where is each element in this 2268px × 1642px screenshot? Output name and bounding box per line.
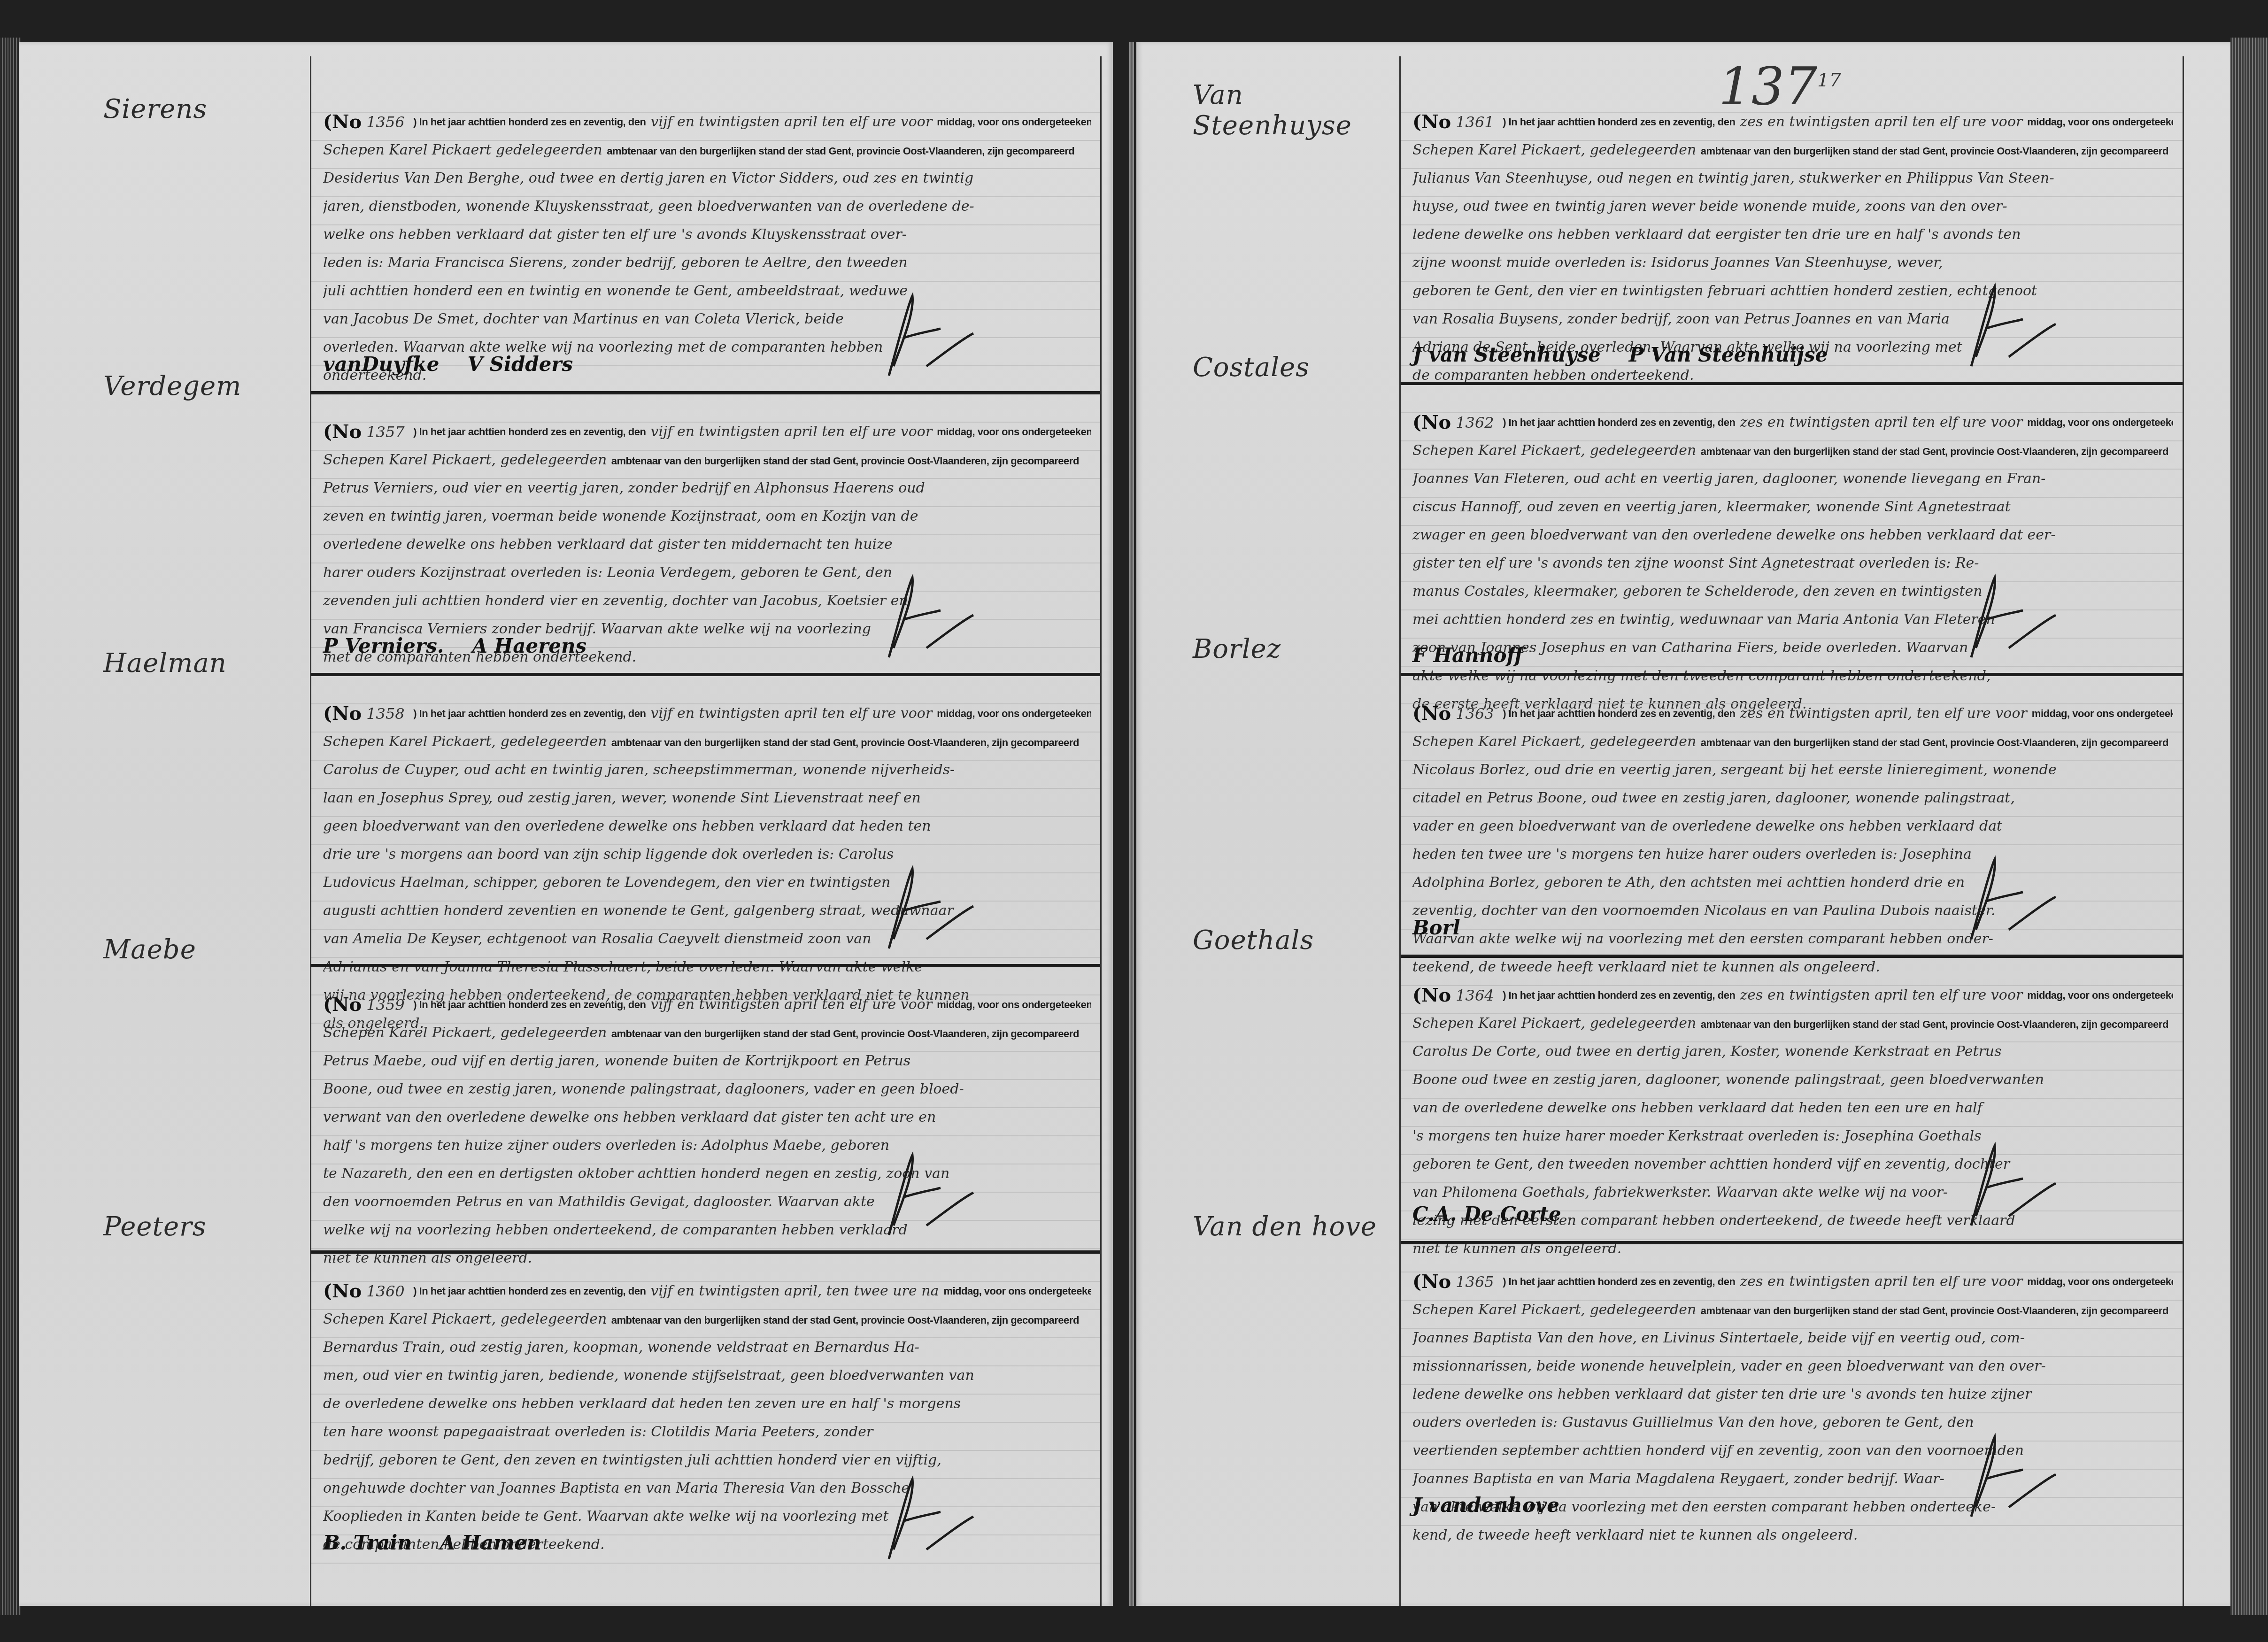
officer-text: Schepen Karel Pickaert, gedelegeerden [323, 452, 607, 468]
death-entry: (No 1359 ) In het jaar achttien honderd … [311, 967, 1100, 1254]
margin-name: Haelman [103, 648, 227, 678]
entry-line: men, oud vier en twintig jaren, bediende… [323, 1362, 1091, 1390]
entry-line: Joannes Baptista Van den hove, en Livinu… [1412, 1324, 2173, 1352]
entry-date: vijf en twintigsten april ten elf ure vo… [650, 991, 932, 1019]
entry-no-label: (No [323, 1277, 362, 1305]
entry-line: Boone oud twee en zestig jaren, dagloone… [1412, 1066, 2173, 1094]
officer-signature-icon [870, 286, 978, 380]
entry-line: Desiderius Van Den Berghe, oud twee en d… [323, 164, 1091, 193]
entry-line: de overledene dewelke ons hebben verklaa… [323, 1390, 1091, 1418]
witness-signature: Borl [1412, 916, 1460, 939]
margin-name: Goethals [1193, 925, 1314, 956]
entry-line: citadel en Petrus Boone, oud twee en zes… [1412, 784, 2173, 812]
entry-number: 1363 [1456, 700, 1498, 728]
entry-line: overledene dewelke ons hebben verklaard … [323, 531, 1091, 559]
entry-line: welke ons hebben verklaard dat gister te… [323, 221, 1091, 249]
printed-text: middag, voor ons ondergeteekenden [2027, 1268, 2173, 1296]
witness-signature: B. Train [323, 1531, 412, 1554]
printed-text: ambtenaar van den burgerlijken stand der… [1701, 446, 2168, 457]
left-margin-names: Sierens Verdegem Haelman Maebe Peeters [19, 42, 282, 1606]
printed-text: middag, voor ons ondergeteekenden [943, 1277, 1091, 1305]
entry-line: geen bloedverwant van den overledene dew… [323, 812, 1091, 840]
printed-text: ambtenaar van den burgerlijken stand der… [1701, 1018, 2168, 1030]
entry-date: vijf en twintigsten april ten elf ure vo… [650, 108, 932, 136]
entry-line: huyse, oud twee en twintig jaren wever b… [1412, 193, 2173, 221]
printed-text: ) In het jaar achttien honderd zes en ze… [1503, 981, 1735, 1010]
right-entries-column: (No 1361 ) In het jaar achttien honderd … [1399, 56, 2184, 1606]
witness-signature: C.A. De Corte [1412, 1203, 1561, 1226]
entry-divider [311, 1250, 1100, 1254]
printed-text: middag, voor ons ondergeteekenden [937, 700, 1091, 728]
entry-line: verwant van den overledene dewelke ons h… [323, 1103, 1091, 1132]
death-entry: (No 1363 ) In het jaar achttien honderd … [1401, 676, 2183, 958]
entry-line: Petrus Verniers, oud vier en veertig jar… [323, 474, 1091, 502]
death-entry: (No 1365 ) In het jaar achttien honderd … [1401, 1244, 2183, 1535]
entry-number: 1357 [366, 418, 409, 446]
entry-line: Carolus de Cuyper, oud acht en twintig j… [323, 756, 1091, 784]
left-page: Sierens Verdegem Haelman Maebe Peeters (… [19, 42, 1113, 1606]
officer-text: Schepen Karel Pickaert, gedelegeerden [1412, 1302, 1696, 1318]
entry-date: vijf en twintigsten april ten elf ure vo… [650, 418, 932, 446]
right-page-edges [2230, 38, 2268, 1615]
officer-text: Schepen Karel Pickaert, gedelegeerden [1412, 733, 1696, 750]
witness-signature: V Sidders [467, 353, 573, 376]
entry-line: zijne woonst muide overleden is: Isidoru… [1412, 249, 2173, 277]
officer-signature-icon [870, 859, 978, 953]
entry-line: missionnarissen, beide wonende heuvelple… [1412, 1352, 2173, 1380]
entry-no-label: (No [1412, 700, 1451, 728]
officer-text: Schepen Karel Pickaert gedelegeerden [323, 142, 602, 158]
entry-divider [1401, 1241, 2183, 1244]
entry-number: 1360 [366, 1277, 409, 1305]
printed-text: middag, voor ons ondergeteekenden [937, 991, 1091, 1019]
printed-text: ambtenaar van den burgerlijken stand der… [1701, 1305, 2168, 1317]
witness-signature: J van Steenhuyse [1412, 343, 1601, 366]
entry-number: 1361 [1456, 108, 1498, 136]
printed-text: ambtenaar van den burgerlijken stand der… [611, 455, 1079, 467]
printed-text: middag, voor ons ondergeteekenden [2032, 700, 2173, 728]
entry-line: Petrus Maebe, oud vijf en dertig jaren, … [323, 1047, 1091, 1075]
entry-divider [311, 391, 1100, 394]
entry-date: zes en twintigsten april ten elf ure voo… [1740, 1268, 2022, 1296]
margin-name: Maebe [103, 934, 196, 965]
margin-name: Borlez [1193, 634, 1281, 664]
entry-line: laan en Josephus Sprey, oud zestig jaren… [323, 784, 1091, 812]
entry-no-label: (No [1412, 108, 1451, 136]
right-page: 13717 Van Steenhuyse Costales Borlez Goe… [1136, 42, 2230, 1606]
officer-signature-icon [1952, 850, 2060, 944]
entry-no-label: (No [323, 700, 362, 728]
death-entry: (No 1362 ) In het jaar achttien honderd … [1401, 385, 2183, 676]
printed-text: ambtenaar van den burgerlijken stand der… [611, 1314, 1079, 1326]
entry-date: vijf en twintigsten april, ten twee ure … [650, 1277, 939, 1305]
margin-name: Sierens [103, 94, 207, 124]
entry-number: 1364 [1456, 981, 1498, 1010]
entry-number: 1358 [366, 700, 409, 728]
entry-line: jaren, dienstboden, wonende Kluyskensstr… [323, 193, 1091, 221]
entry-no-label: (No [1412, 1268, 1451, 1296]
witness-signature: P Verniers. [323, 634, 444, 657]
entry-divider [1401, 955, 2183, 958]
printed-text: ambtenaar van den burgerlijken stand der… [611, 737, 1079, 748]
witness-signature: F Hannoff [1412, 644, 1523, 667]
printed-text: middag, voor ons ondergeteekenden [2027, 981, 2173, 1010]
printed-text: ambtenaar van den burgerlijken stand der… [1701, 145, 2168, 157]
officer-text: Schepen Karel Pickaert, gedelegeerden [323, 1025, 607, 1041]
book-spine [1129, 42, 1134, 1606]
entry-line: Boone, oud twee en zestig jaren, wonende… [323, 1075, 1091, 1103]
death-entry: (No 1357 ) In het jaar achttien honderd … [311, 394, 1100, 676]
entry-line: vader en geen bloedverwant van de overle… [1412, 812, 2173, 840]
officer-text: Schepen Karel Pickaert, gedelegeerden [323, 733, 607, 750]
printed-text: ) In het jaar achttien honderd zes en ze… [413, 418, 646, 446]
printed-text: middag, voor ons ondergeteekenden [2027, 108, 2173, 136]
officer-signature-icon [1952, 1136, 2060, 1230]
printed-text: ambtenaar van den burgerlijken stand der… [607, 145, 1074, 157]
entry-number: 1362 [1456, 409, 1498, 437]
officer-text: Schepen Karel Pickaert, gedelegeerden [1412, 442, 1696, 459]
margin-name: Verdegem [103, 371, 241, 401]
entry-no-label: (No [323, 418, 362, 446]
printed-text: middag, voor ons ondergeteekenden [937, 108, 1091, 136]
witness-signature: vanDuyfke [323, 353, 439, 376]
witness-signature: A Hamen [440, 1531, 541, 1554]
officer-text: Schepen Karel Pickaert, gedelegeerden [323, 1311, 607, 1327]
death-entry: (No 1361 ) In het jaar achttien honderd … [1401, 85, 2183, 385]
printed-text: ambtenaar van den burgerlijken stand der… [1701, 737, 2168, 748]
officer-text: Schepen Karel Pickaert, gedelegeerden [1412, 142, 1696, 158]
witness-signature: A Haerens [472, 634, 586, 657]
witness-signature: P Van Steenhuijse [1629, 343, 1828, 366]
entry-number: 1359 [366, 991, 409, 1019]
witness-signature: J vandenhove [1412, 1494, 1559, 1517]
entry-date: zes en twintigsten april ten elf ure voo… [1740, 409, 2022, 437]
officer-signature-icon [1952, 568, 2060, 662]
entry-line: ten hare woonst papegaaistraat overleden… [323, 1418, 1091, 1446]
entry-line: Bernardus Train, oud zestig jaren, koopm… [323, 1334, 1091, 1362]
entry-line: Julianus Van Steenhuyse, oud negen en tw… [1412, 164, 2173, 193]
entry-line: ledene dewelke ons hebben verklaard dat … [1412, 221, 2173, 249]
death-entry: (No 1358 ) In het jaar achttien honderd … [311, 676, 1100, 967]
entry-line: van de overledene dewelke ons hebben ver… [1412, 1094, 2173, 1122]
entry-date: vijf en twintigsten april ten elf ure vo… [650, 700, 932, 728]
printed-text: middag, voor ons ondergeteekenden [2027, 409, 2173, 437]
officer-signature-icon [870, 1470, 978, 1564]
printed-text: ) In het jaar achttien honderd zes en ze… [1503, 108, 1735, 136]
margin-name: Van den hove [1193, 1211, 1377, 1242]
entry-number: 1356 [366, 108, 409, 136]
right-margin-names: Van Steenhuyse Costales Borlez Goethals … [1136, 42, 1381, 1606]
entry-divider [1401, 382, 2183, 385]
officer-signature-icon [1952, 277, 2060, 371]
entry-no-label: (No [323, 108, 362, 136]
printed-text: middag, voor ons ondergeteekenden [937, 418, 1091, 446]
register-book: Sierens Verdegem Haelman Maebe Peeters (… [0, 0, 2268, 1642]
printed-text: ) In het jaar achttien honderd zes en ze… [1503, 409, 1735, 437]
left-page-edges [0, 38, 21, 1615]
entry-number: 1365 [1456, 1268, 1498, 1296]
death-entry: (No 1364 ) In het jaar achttien honderd … [1401, 958, 2183, 1244]
entry-date: zes en twintigsten april ten elf ure voo… [1740, 981, 2022, 1010]
entry-line: zeven en twintig jaren, voerman beide wo… [323, 502, 1091, 531]
entry-line: ciscus Hannoff, oud zeven en veertig jar… [1412, 493, 2173, 521]
officer-signature-icon [870, 568, 978, 662]
entry-line: Nicolaus Borlez, oud drie en veertig jar… [1412, 756, 2173, 784]
entry-no-label: (No [323, 991, 362, 1019]
printed-text: ) In het jaar achttien honderd zes en ze… [413, 1277, 646, 1305]
entry-line: Carolus De Corte, oud twee en dertig jar… [1412, 1038, 2173, 1066]
entry-date: zes en twintigsten april ten elf ure voo… [1740, 108, 2022, 136]
margin-name: Peeters [103, 1211, 207, 1242]
entry-no-label: (No [1412, 981, 1451, 1010]
entry-divider [311, 964, 1100, 967]
printed-text: ) In het jaar achttien honderd zes en ze… [413, 108, 646, 136]
death-entry: (No 1360 ) In het jaar achttien honderd … [311, 1254, 1100, 1582]
margin-name: Costales [1193, 352, 1310, 383]
entry-line: zwager en geen bloedverwant van den over… [1412, 521, 2173, 549]
printed-text: ) In het jaar achttien honderd zes en ze… [1503, 1268, 1735, 1296]
printed-text: ) In het jaar achttien honderd zes en ze… [413, 700, 646, 728]
margin-name: Van Steenhuyse [1193, 80, 1381, 141]
entry-line: ledene dewelke ons hebben verklaard dat … [1412, 1380, 2173, 1409]
entry-date: zes en twintigsten april, ten elf ure vo… [1740, 700, 2027, 728]
entry-line: leden is: Maria Francisca Sierens, zonde… [323, 249, 1091, 277]
entry-divider [311, 673, 1100, 676]
entry-no-label: (No [1412, 409, 1451, 437]
printed-text: ) In het jaar achttien honderd zes en ze… [1503, 700, 1735, 728]
left-entries-column: (No 1356 ) In het jaar achttien honderd … [310, 56, 1102, 1606]
officer-signature-icon [870, 1146, 978, 1240]
printed-text: ambtenaar van den burgerlijken stand der… [611, 1028, 1079, 1040]
entry-line: kend, de tweede heeft verklaard niet te … [1412, 1521, 2173, 1549]
officer-text: Schepen Karel Pickaert, gedelegeerden [1412, 1015, 1696, 1032]
officer-signature-icon [1952, 1427, 2060, 1521]
entry-line: Joannes Van Fleteren, oud acht en veerti… [1412, 465, 2173, 493]
printed-text: ) In het jaar achttien honderd zes en ze… [413, 991, 646, 1019]
death-entry: (No 1356 ) In het jaar achttien honderd … [311, 85, 1100, 394]
entry-divider [1401, 673, 2183, 676]
